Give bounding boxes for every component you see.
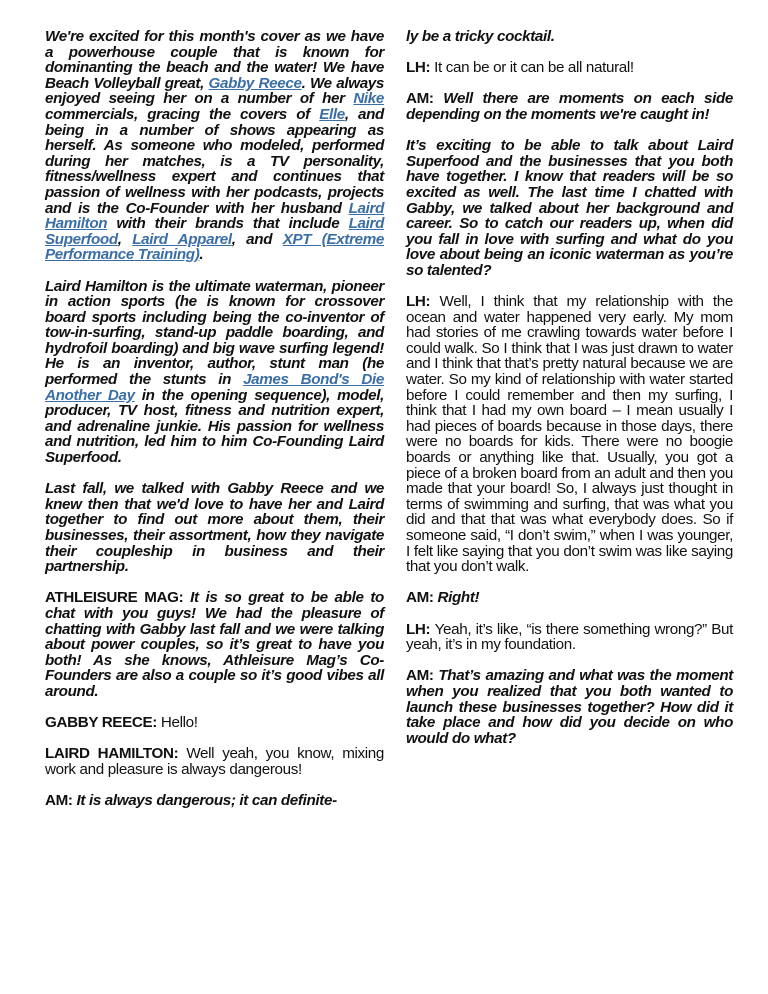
interview-answer-lh-1: LH: It can be or it can be all natural! (406, 60, 733, 76)
link-laird-apparel[interactable]: Laird Apparel (132, 231, 232, 248)
speaker-label: LH: (406, 59, 434, 76)
speaker-label: AM: (406, 589, 438, 606)
link-gabby-reece[interactable]: Gabby Reece (209, 75, 302, 92)
speaker-label: LAIRD HAMILTON: (45, 745, 186, 762)
laird-bio-paragraph: Laird Hamilton is the ultimate waterman,… (45, 279, 384, 466)
interview-answer-laird: LAIRD HAMILTON: Well yeah, you know, mix… (45, 746, 384, 777)
link-elle[interactable]: Elle (319, 106, 345, 123)
interview-answer-lh-3: LH: Yeah, it’s like, “is there something… (406, 622, 733, 653)
last-fall-paragraph: Last fall, we talked with Gabby Reece an… (45, 481, 384, 575)
speaker-label: AM: (406, 667, 438, 684)
intro-paragraph: We're excited for this month's cover as … (45, 29, 384, 263)
interview-question-2: AM: It is always dangerous; it can defin… (45, 793, 384, 809)
speaker-label: AM: (45, 792, 77, 809)
speaker-label: AM: (406, 90, 443, 107)
interview-question-1: ATHLEISURE MAG: It is so great to be abl… (45, 590, 384, 699)
link-nike[interactable]: Nike (353, 90, 384, 107)
interview-question-6: AM: That’s amazing and what was the mome… (406, 668, 733, 746)
interview-question-3: AM: Well there are moments on each side … (406, 91, 733, 122)
right-column: ly be a tricky cocktail. LH: It can be o… (406, 29, 733, 762)
left-column: We're excited for this month's cover as … (45, 29, 384, 824)
speaker-label: GABBY REECE: (45, 714, 161, 731)
speaker-label: ATHLEISURE MAG: (45, 589, 190, 606)
interview-question-5: AM: Right! (406, 590, 733, 606)
interview-answer-gabby: GABBY REECE: Hello! (45, 715, 384, 731)
speaker-label: LH: (406, 293, 440, 310)
interview-answer-lh-2: LH: Well, I think that my relationship w… (406, 294, 733, 575)
interview-question-2-continued: ly be a tricky cocktail. (406, 29, 733, 45)
interview-question-4: It’s exciting to be able to talk about L… (406, 138, 733, 278)
speaker-label: LH: (406, 621, 435, 638)
